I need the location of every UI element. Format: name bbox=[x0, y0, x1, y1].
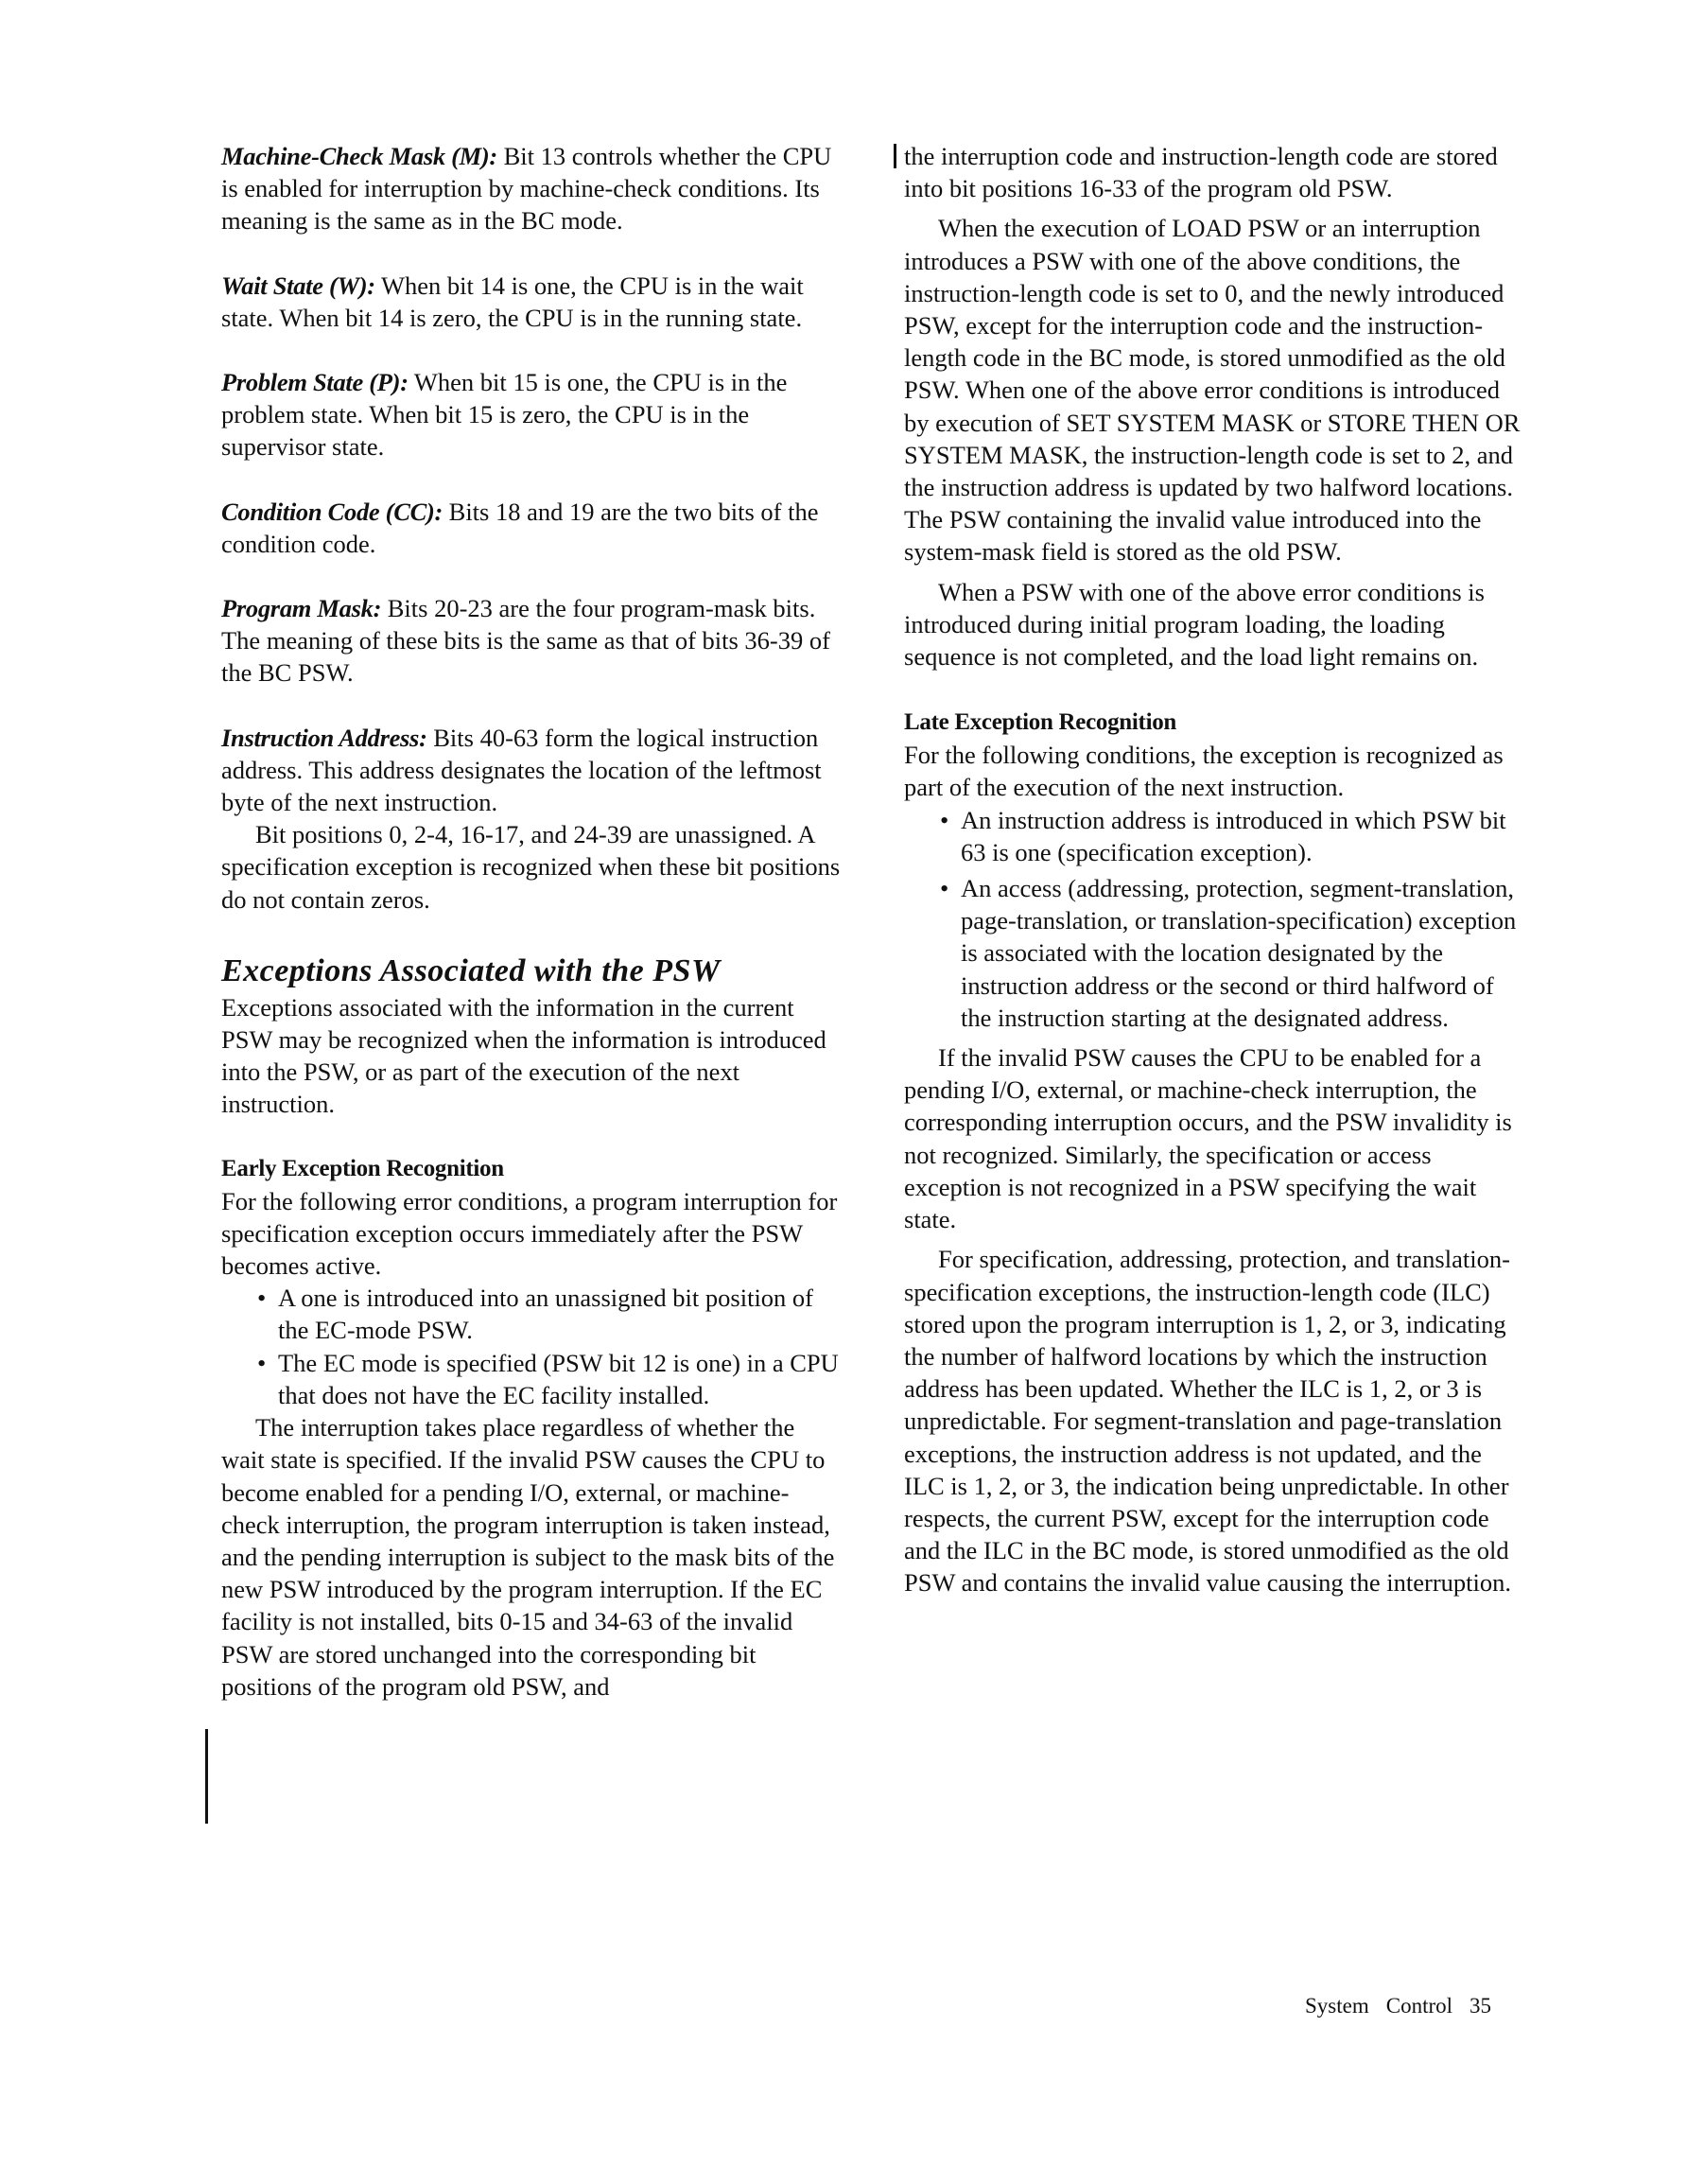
load-psw-paragraph: When the execution of LOAD PSW or an int… bbox=[904, 212, 1523, 568]
definition-term: Condition Code (CC): bbox=[221, 498, 443, 526]
bullet-icon: • bbox=[257, 1347, 266, 1379]
page-number: 35 bbox=[1470, 1994, 1491, 2018]
definition-instruction-address: Instruction Address: Bits 40-63 form the… bbox=[221, 722, 841, 819]
late-exception-intro: For the following conditions, the except… bbox=[904, 739, 1523, 803]
footer-section: System bbox=[1305, 1994, 1369, 2018]
bullet-icon: • bbox=[257, 1282, 266, 1314]
list-item-text: An access (addressing, protection, segme… bbox=[961, 874, 1516, 1032]
list-item: •A one is introduced into an unassigned … bbox=[221, 1282, 841, 1346]
early-exception-paragraph: The interruption takes place regardless … bbox=[221, 1411, 841, 1703]
definition-condition-code: Condition Code (CC): Bits 18 and 19 are … bbox=[221, 496, 841, 560]
definition-term: Program Mask: bbox=[221, 594, 381, 622]
early-exception-intro: For the following error conditions, a pr… bbox=[221, 1185, 841, 1283]
list-item: •The EC mode is specified (PSW bit 12 is… bbox=[221, 1347, 841, 1411]
list-item-text: The EC mode is specified (PSW bit 12 is … bbox=[278, 1349, 839, 1409]
definition-term: Problem State (P): bbox=[221, 368, 409, 396]
ipl-paragraph: When a PSW with one of the above error c… bbox=[904, 576, 1523, 673]
section-heading: Exceptions Associated with the PSW bbox=[221, 952, 841, 991]
list-item-text: A one is introduced into an unassigned b… bbox=[278, 1284, 813, 1344]
page-footer: SystemControl35 bbox=[1305, 1994, 1508, 2018]
definition-wait-state: Wait State (W): When bit 14 is one, the … bbox=[221, 270, 841, 334]
list-item: •An instruction address is introduced in… bbox=[904, 804, 1523, 868]
unassigned-bits-paragraph: Bit positions 0, 2-4, 16-17, and 24-39 a… bbox=[221, 818, 841, 916]
definition-problem-state: Problem State (P): When bit 15 is one, t… bbox=[221, 366, 841, 463]
footer-chapter: Control bbox=[1386, 1994, 1452, 2018]
left-column: Machine-Check Mask (M): Bit 13 controls … bbox=[221, 140, 841, 1703]
definition-term: Wait State (W): bbox=[221, 271, 375, 300]
definition-machine-check-mask: Machine-Check Mask (M): Bit 13 controls … bbox=[221, 140, 841, 237]
continuation-paragraph: the interruption code and instruction-le… bbox=[904, 140, 1523, 204]
late-exception-list: •An instruction address is introduced in… bbox=[904, 804, 1523, 1034]
early-exception-heading: Early Exception Recognition bbox=[221, 1153, 841, 1185]
section-intro: Exceptions associated with the informati… bbox=[221, 991, 841, 1121]
late-exception-heading: Late Exception Recognition bbox=[904, 707, 1523, 739]
revision-bar-left bbox=[205, 1729, 208, 1824]
list-item-text: An instruction address is introduced in … bbox=[961, 806, 1506, 866]
ilc-paragraph: For specification, addressing, protectio… bbox=[904, 1243, 1523, 1599]
definition-term: Instruction Address: bbox=[221, 724, 427, 752]
right-column: the interruption code and instruction-le… bbox=[904, 140, 1523, 1599]
early-exception-list: •A one is introduced into an unassigned … bbox=[221, 1282, 841, 1411]
list-item: •An access (addressing, protection, segm… bbox=[904, 872, 1523, 1034]
definition-program-mask: Program Mask: Bits 20-23 are the four pr… bbox=[221, 592, 841, 690]
definition-term: Machine-Check Mask (M): bbox=[221, 142, 497, 170]
bullet-icon: • bbox=[940, 872, 948, 904]
revision-bar-right bbox=[894, 144, 896, 168]
invalid-psw-paragraph: If the invalid PSW causes the CPU to be … bbox=[904, 1041, 1523, 1235]
bullet-icon: • bbox=[940, 804, 948, 836]
